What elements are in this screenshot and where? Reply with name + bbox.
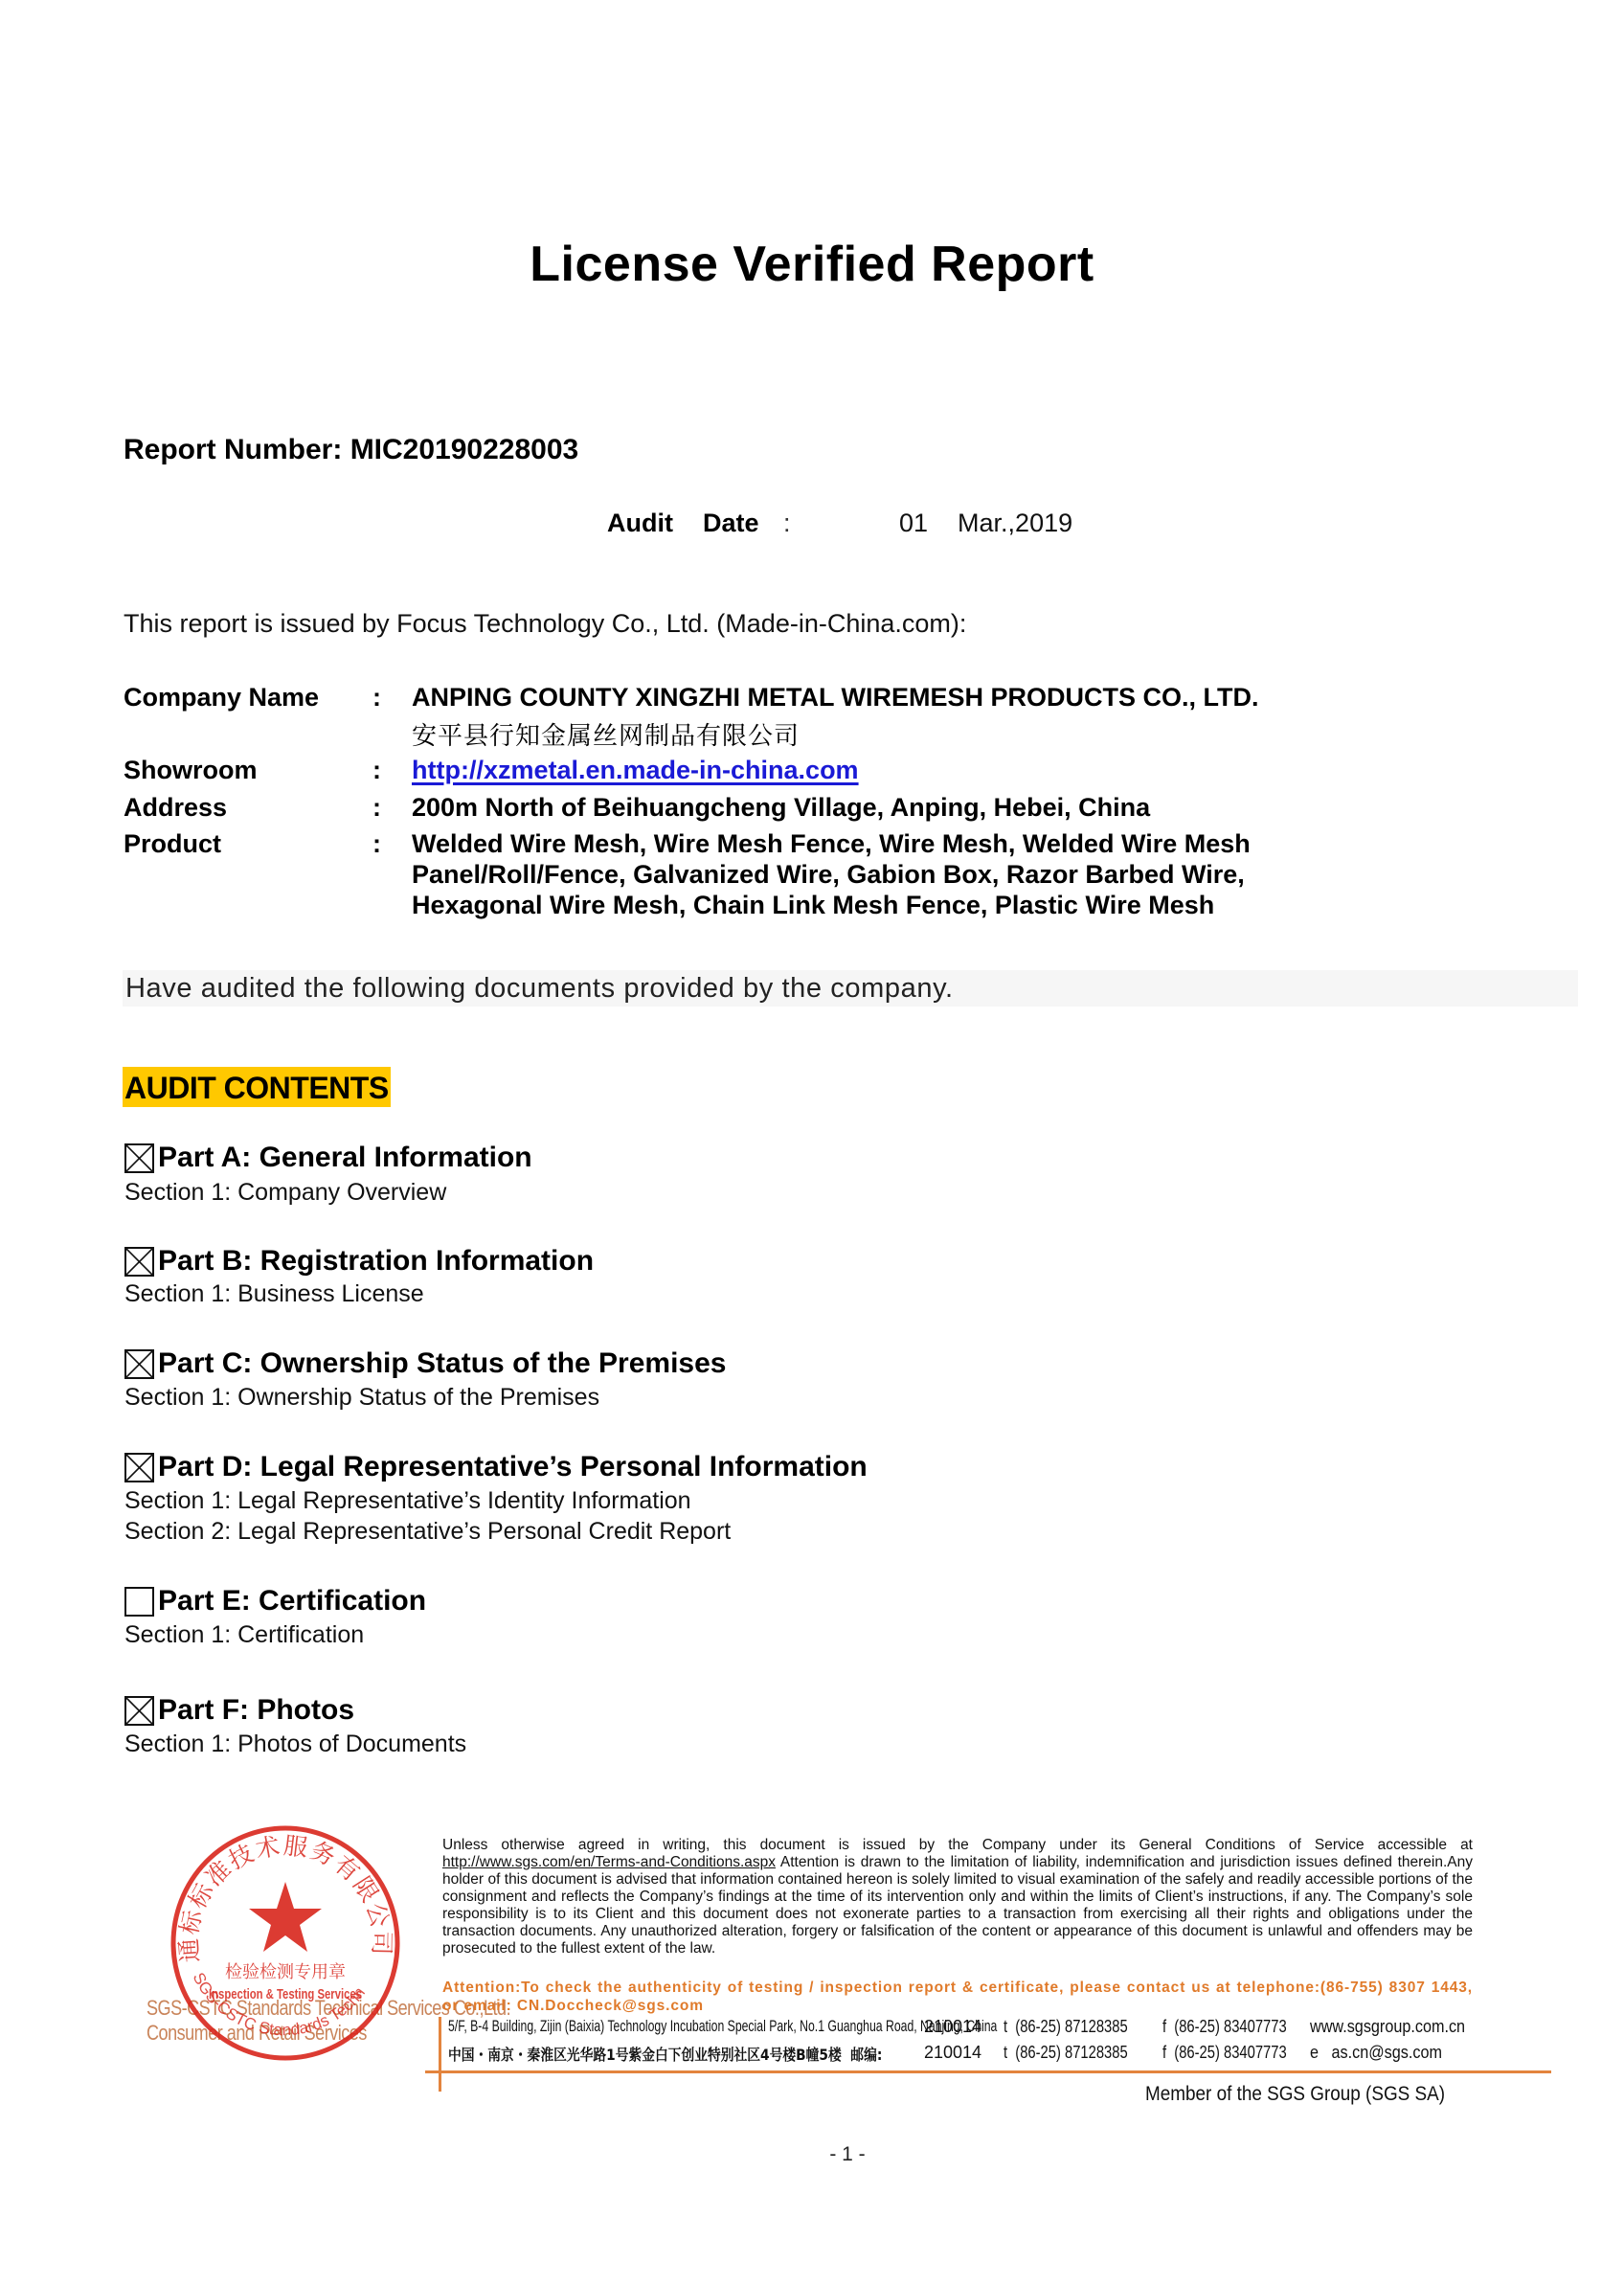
product-line: Panel/Roll/Fence, Galvanized Wire, Gabio…: [412, 860, 1245, 890]
section-line: Section 1: Legal Representative’s Identi…: [124, 1487, 691, 1515]
product-label: Product: [124, 829, 221, 859]
part-title: Part D: Legal Representative’s Personal …: [158, 1451, 868, 1483]
address-value: 200m North of Beihuangcheng Village, Anp…: [412, 793, 1150, 823]
section-line: Section 2: Legal Representative’s Person…: [124, 1518, 731, 1546]
product-line: Hexagonal Wire Mesh, Chain Link Mesh Fen…: [412, 891, 1214, 920]
checked-box-icon[interactable]: [124, 1696, 154, 1726]
section-line: Section 1: Ownership Status of the Premi…: [124, 1384, 599, 1412]
part-a-row: Part A: General Information: [124, 1142, 532, 1174]
checked-box-icon[interactable]: [124, 1453, 154, 1482]
report-number-label: Report Number:: [124, 434, 342, 465]
checked-box-icon[interactable]: [124, 1143, 154, 1173]
fax: f (86-25) 83407773: [1162, 2043, 1287, 2063]
telephone: t (86-25) 87128385: [1004, 2017, 1128, 2037]
section-line: Section 1: Certification: [124, 1621, 364, 1649]
part-title: Part C: Ownership Status of the Premises: [158, 1347, 726, 1380]
section-line: Section 1: Photos of Documents: [124, 1731, 466, 1758]
part-title: Part B: Registration Information: [158, 1245, 594, 1278]
address-en: 5/F, B-4 Building, Zijin (Baixia) Techno…: [448, 2017, 786, 2036]
unchecked-box-icon[interactable]: [124, 1587, 154, 1617]
section-line: Section 1: Business License: [124, 1280, 424, 1308]
email[interactable]: e as.cn@sgs.com: [1310, 2043, 1442, 2063]
issued-by-statement: This report is issued by Focus Technolog…: [124, 609, 966, 639]
address-colon: :: [372, 793, 381, 823]
part-c-row: Part C: Ownership Status of the Premises: [124, 1347, 726, 1380]
company-name-colon: :: [372, 683, 381, 713]
address-cn: 中国・南京・秦淮区光华路1号紫金白下创业特别社区4号楼B幢5楼 邮编:: [448, 2043, 851, 2065]
part-f-row: Part F: Photos: [124, 1694, 354, 1727]
report-number-value: MIC20190228003: [350, 434, 579, 465]
page-number: - 1 -: [0, 2143, 1624, 2166]
part-title: Part E: Certification: [158, 1585, 426, 1618]
audit-date-value: 01 Mar.,2019: [899, 509, 1072, 538]
star-icon: [249, 1882, 322, 1952]
fax: f (86-25) 83407773: [1162, 2017, 1287, 2037]
address-label: Address: [124, 793, 227, 823]
legal-intro: Unless otherwise agreed in writing, this…: [442, 1837, 1473, 1853]
authenticity-attention: Attention:To check the authenticity of t…: [442, 1979, 1473, 2015]
report-title: License Verified Report: [0, 236, 1624, 293]
official-seal-stamp: 通标标准技术服务有限公司 检验检测专用章 Inspection & Testin…: [169, 1824, 402, 2062]
company-name-label: Company Name: [124, 683, 319, 713]
footer-divider: [425, 2070, 1551, 2073]
part-title: Part A: General Information: [158, 1142, 532, 1174]
stamp-center-text-en: Inspection & Testing Services: [209, 1986, 362, 2002]
part-d-row: Part D: Legal Representative’s Personal …: [124, 1451, 868, 1483]
telephone: t (86-25) 87128385: [1004, 2043, 1128, 2063]
zip-cn: 210014: [924, 2043, 981, 2063]
company-name-cn: 安平县行知金属丝网制品有限公司: [412, 716, 800, 752]
terms-link[interactable]: http://www.sgs.com/en/Terms-and-Conditio…: [442, 1854, 776, 1870]
stamp-center-text-cn: 检验检测专用章: [225, 1962, 346, 1982]
product-colon: :: [372, 829, 381, 859]
showroom-link[interactable]: http://xzmetal.en.made-in-china.com: [412, 756, 859, 785]
footer-address-en-row: 5/F, B-4 Building, Zijin (Baixia) Techno…: [448, 2017, 1578, 2038]
footer-accent-tick: [439, 2017, 441, 2092]
part-b-row: Part B: Registration Information: [124, 1245, 594, 1278]
checked-box-icon[interactable]: [124, 1247, 154, 1277]
checked-box-icon[interactable]: [124, 1349, 154, 1379]
audit-contents-heading: AUDIT CONTENTS: [123, 1067, 391, 1107]
section-line: Section 1: Company Overview: [124, 1179, 446, 1207]
part-title: Part F: Photos: [158, 1694, 354, 1727]
showroom-colon: :: [372, 756, 381, 785]
audit-date-colon: :: [783, 509, 791, 538]
report-number: Report Number: MIC20190228003: [124, 434, 578, 466]
footer-address-cn-row: 中国・南京・秦淮区光华路1号紫金白下创业特别社区4号楼B幢5楼 邮编: 2100…: [448, 2043, 1578, 2064]
audit-date-label: Audit Date: [607, 509, 759, 538]
audited-statement: Have audited the following documents pro…: [125, 973, 954, 1005]
showroom-label: Showroom: [124, 756, 258, 785]
part-e-row: Part E: Certification: [124, 1585, 426, 1618]
legal-disclaimer: Unless otherwise agreed in writing, this…: [442, 1837, 1473, 1957]
website[interactable]: www.sgsgroup.com.cn: [1310, 2017, 1465, 2037]
company-name-en: ANPING COUNTY XINGZHI METAL WIREMESH PRO…: [412, 683, 1259, 713]
zip-en: 210014: [924, 2017, 981, 2037]
product-line: Welded Wire Mesh, Wire Mesh Fence, Wire …: [412, 829, 1251, 859]
sgs-member-statement: Member of the SGS Group (SGS SA): [1145, 2083, 1445, 2106]
